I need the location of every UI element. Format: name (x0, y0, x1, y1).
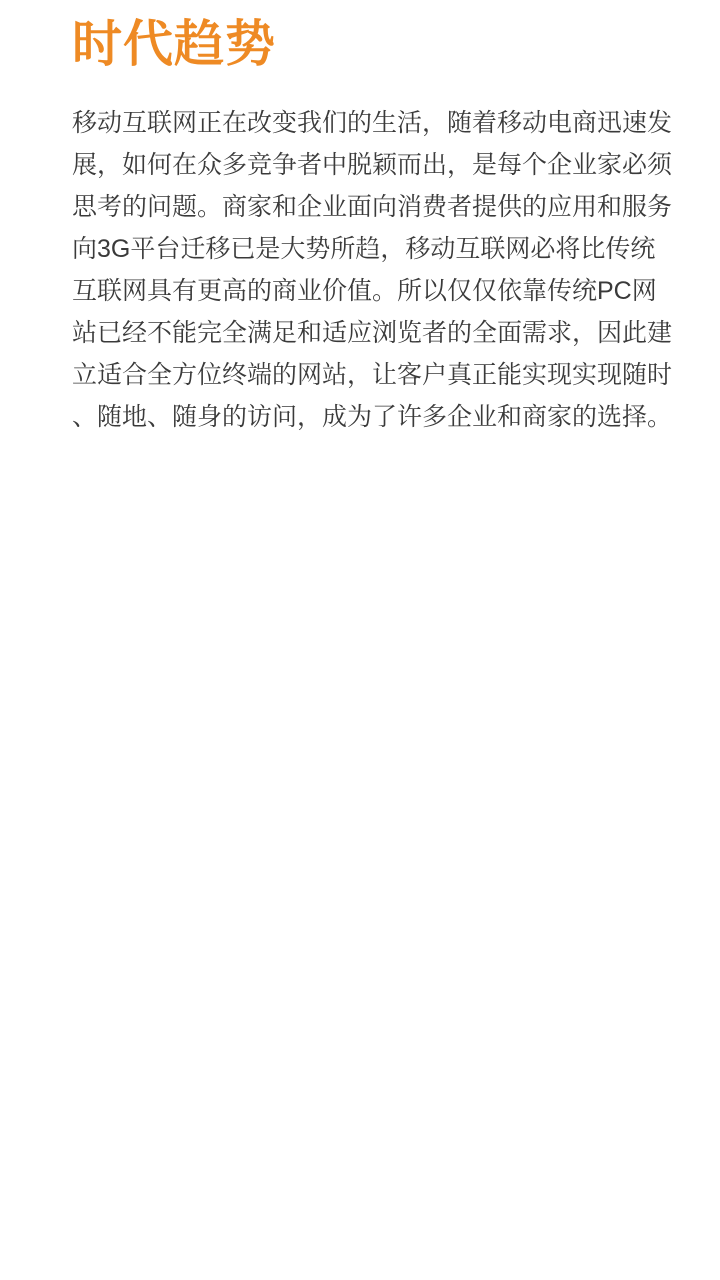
body-paragraph: 移动互联网正在改变我们的生活，随着移动电商迅速发展，如何在众多竞争者中脱颖而出，… (72, 102, 672, 438)
document-page: 时代趋势 移动互联网正在改变我们的生活，随着移动电商迅速发展，如何在众多竞争者中… (0, 0, 720, 1280)
page-title: 时代趋势 (72, 14, 672, 74)
